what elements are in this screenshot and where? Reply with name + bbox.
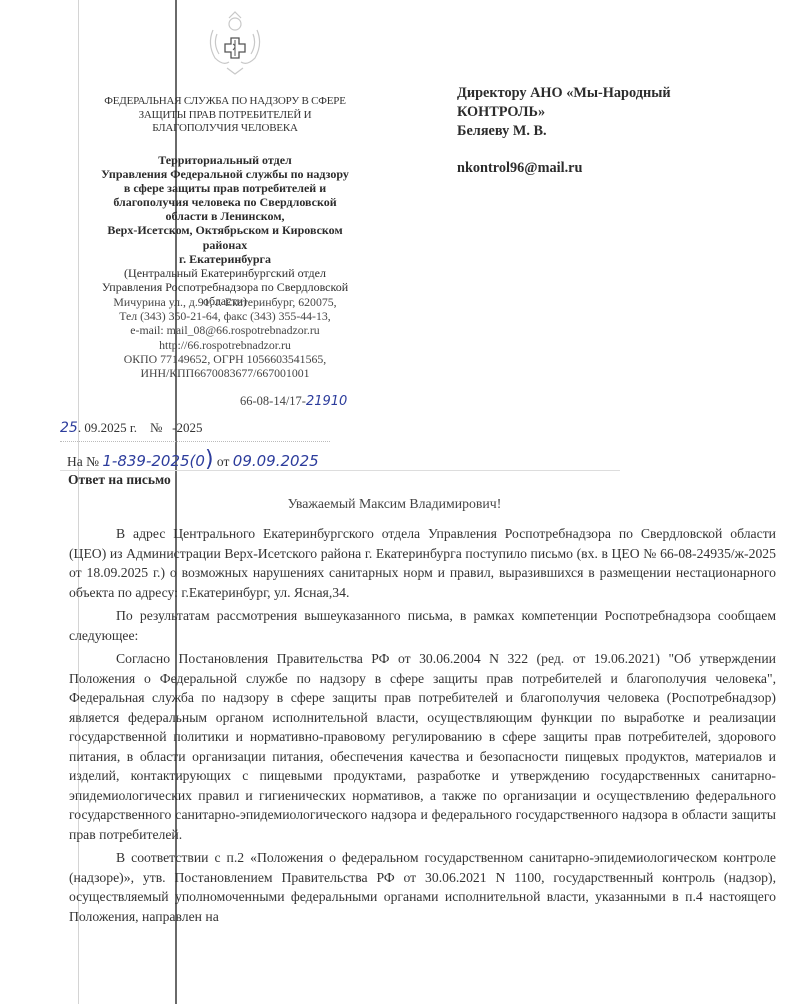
number-suffix: -2025 (172, 420, 202, 435)
department-line: в сфере защиты прав потребителей и (70, 181, 380, 195)
recipient-line: КОНТРОЛЬ» (457, 103, 671, 122)
date-suffix: . 09.2025 г. (78, 420, 137, 435)
reply-prefix: На № (67, 454, 99, 469)
sender-contacts: Мичурина ул., д.91, г. Екатеринбург, 620… (70, 295, 380, 380)
letter-subject: Ответ на письмо (68, 472, 171, 488)
department-line: благополучия человека по Свердловской (70, 195, 380, 209)
reply-reference: На № 1-839-2025(0) от 09.09.2025 (67, 447, 319, 472)
department-line: Управления Федеральной службы по надзору (70, 167, 380, 181)
body-paragraph: В адрес Центрального Екатеринбургского о… (69, 524, 776, 602)
department-line: Верх-Исетском, Октябрьском и Кировском (70, 223, 380, 237)
agency-line: ФЕДЕРАЛЬНАЯ СЛУЖБА ПО НАДЗОРУ В СФЕРЕ (70, 95, 380, 109)
okpo-ogrn: ОКПО 77149652, ОГРН 1056603541565, (70, 352, 380, 366)
recipient-line: Директору АНО «Мы-Народный (457, 84, 671, 103)
number-sign: № (150, 420, 162, 435)
reply-number-handwritten: 1-839-2025(0 (102, 452, 205, 470)
department-block: Территориальный отдел Управления Федерал… (70, 153, 380, 308)
greeting: Уважаемый Максим Владимирович! (0, 496, 789, 512)
website: http://66.rospotrebnadzor.ru (70, 338, 380, 352)
address: Мичурина ул., д.91, г. Екатеринбург, 620… (70, 295, 380, 309)
outgoing-number-prefix: 66-08-14/17- (240, 394, 306, 408)
recipient-email: nkontrol96@mail.ru (457, 159, 671, 178)
body-paragraph: По результатам рассмотрения вышеуказанно… (69, 606, 776, 645)
department-line: Территориальный отдел (70, 153, 380, 167)
body-paragraph: Согласно Постановления Правительства РФ … (69, 649, 776, 844)
recipient-line: Беляеву М. В. (457, 122, 671, 141)
date-line-separator (60, 441, 330, 442)
letter-date-line: 25. 09.2025 г. № -2025 (60, 420, 320, 436)
outgoing-number: 66-08-14/17-21910 (240, 394, 347, 409)
department-line: области в Ленинском, (70, 209, 380, 223)
agency-line: БЛАГОПОЛУЧИЯ ЧЕЛОВЕКА (70, 122, 380, 136)
sender-email: e-mail: mail_08@66.rospotrebnadzor.ru (70, 323, 380, 337)
department-alias-line: Управления Роспотребнадзора по Свердловс… (70, 280, 380, 294)
reply-paren: ) (205, 447, 214, 472)
letter-body: В адрес Центрального Екатеринбургского о… (69, 524, 776, 930)
reply-underline (60, 470, 620, 471)
department-alias-line: (Центральный Екатеринбургский отдел (70, 266, 380, 280)
recipient-block: Директору АНО «Мы-Народный КОНТРОЛЬ» Бел… (457, 84, 671, 178)
day-handwritten: 25 (60, 420, 78, 436)
department-line: г. Екатеринбурга (70, 252, 380, 266)
reply-from: от (217, 454, 229, 469)
agency-header: ФЕДЕРАЛЬНАЯ СЛУЖБА ПО НАДЗОРУ В СФЕРЕ ЗА… (70, 95, 380, 136)
russian-eagle-cross-emblem-icon (199, 8, 271, 80)
inn-kpp: ИНН/КПП6670083677/667001001 (70, 366, 380, 380)
reply-date-handwritten: 09.09.2025 (233, 452, 319, 470)
agency-line: ЗАЩИТЫ ПРАВ ПОТРЕБИТЕЛЕЙ И (70, 109, 380, 123)
body-paragraph: В соответствии с п.2 «Положения о федера… (69, 848, 776, 926)
department-line: районах (70, 238, 380, 252)
phone-fax: Тел (343) 350-21-64, факс (343) 355-44-1… (70, 309, 380, 323)
outgoing-number-handwritten: 21910 (306, 394, 347, 409)
